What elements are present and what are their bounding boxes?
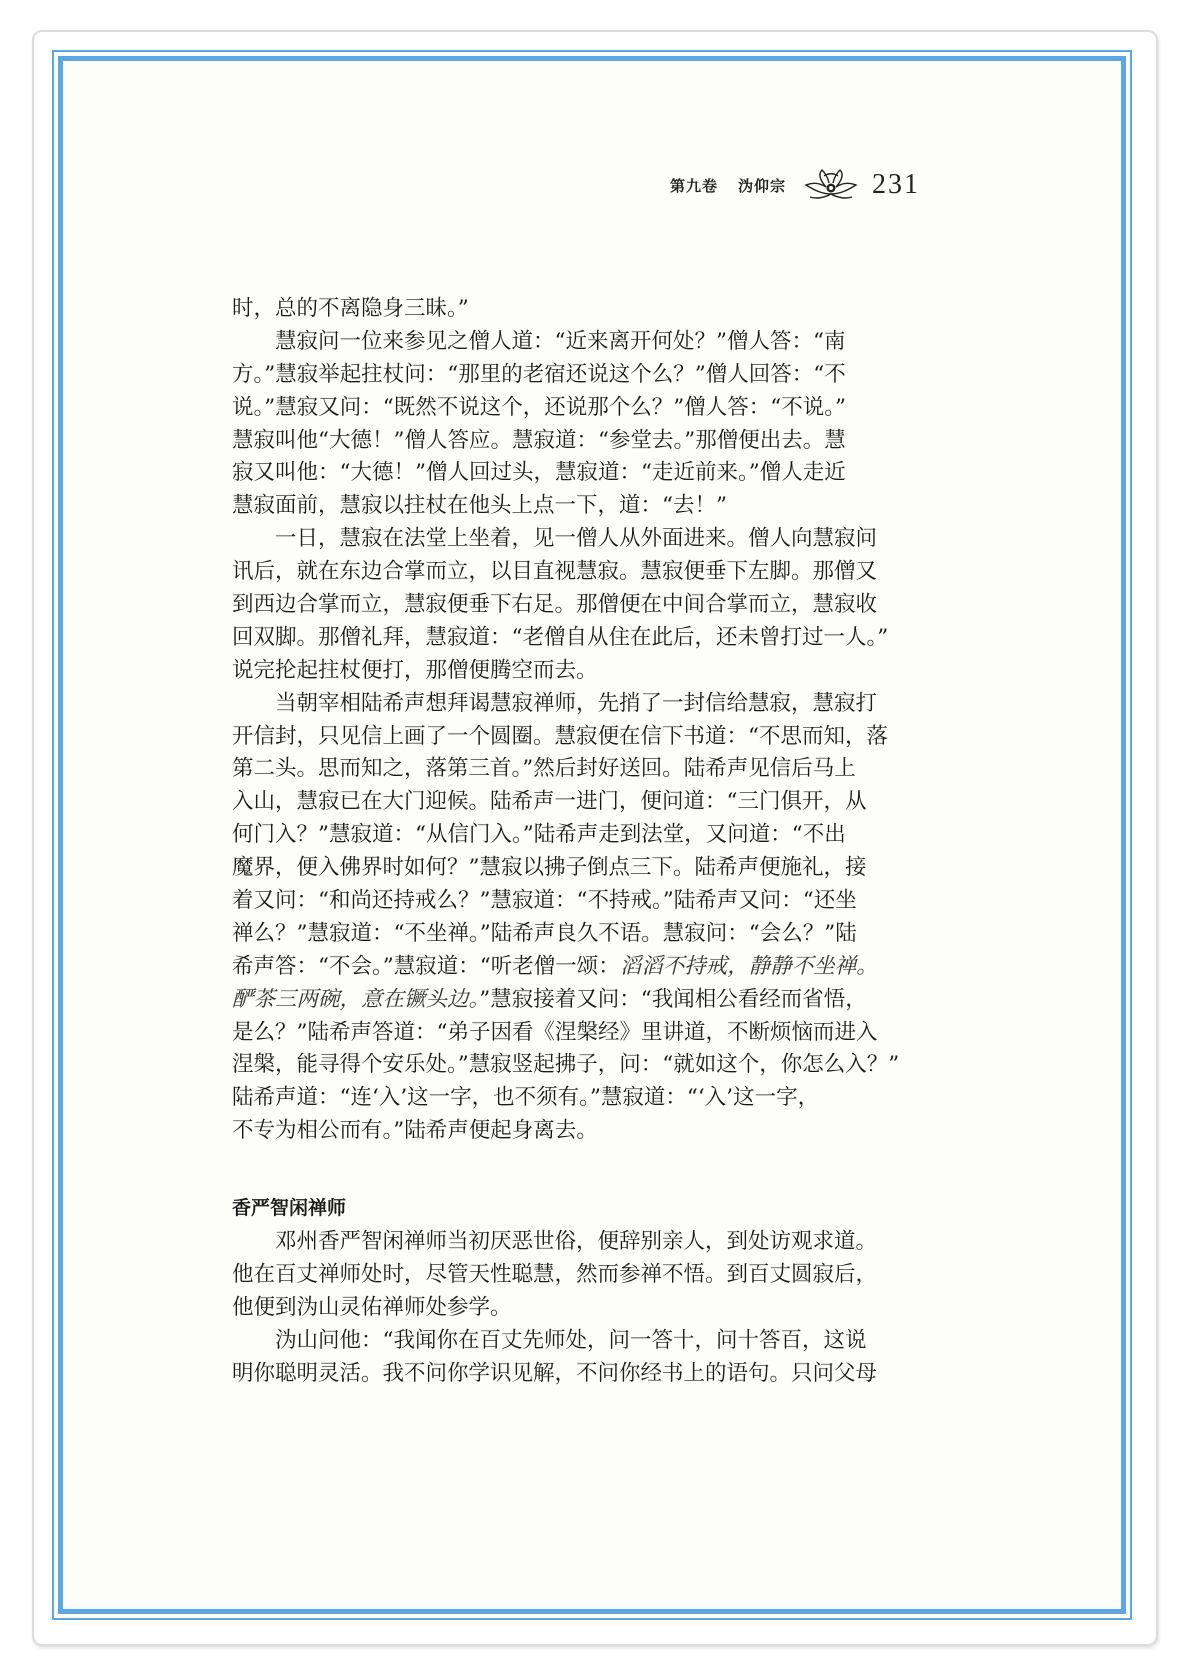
page-number: 231 bbox=[872, 169, 920, 201]
text-line: 魔界，便入佛界时如何？”慧寂以拂子倒点三下。陆希声便施礼，接 bbox=[232, 852, 892, 885]
volume-label: 第九卷 bbox=[670, 175, 718, 196]
text-line: 他在百丈禅师处时，尽管天性聪慧，然而参禅不悟。到百丈圆寂后， bbox=[232, 1259, 892, 1292]
text-line: 第二头。思而知之，落第三首。”然后封好送回。陆希声见信后马上 bbox=[232, 753, 892, 786]
text-line: 方。”慧寂举起拄杖问：“那里的老宿还说这个么？”僧人回答：“不 bbox=[232, 359, 892, 392]
text-line: 涅槃，能寻得个安乐处。”慧寂竖起拂子，问：“就如这个，你怎么入？” bbox=[232, 1049, 892, 1082]
text-line: 一日，慧寂在法堂上坐着，见一僧人从外面进来。僧人向慧寂问 bbox=[232, 523, 892, 556]
text-line: 说完抡起拄杖便打，那僧便腾空而去。 bbox=[232, 655, 892, 688]
text-line: 邓州香严智闲禅师当初厌恶世俗，便辞别亲人，到处访观求道。 bbox=[232, 1226, 892, 1259]
text-run: 希声答：“不会。”慧寂道：“听老僧一颂： bbox=[232, 954, 620, 979]
book-page: 第九卷 沩仰宗 231 时，总的不离隐身三昧。” 慧寂问一位来参见之僧人道：“近… bbox=[0, 0, 1188, 1674]
text-line: 当朝宰相陆希声想拜谒慧寂禅师，先捎了一封信给慧寂，慧寂打 bbox=[232, 688, 892, 721]
text-line: 酽茶三两碗，意在镢头边。”慧寂接着又问：“我闻相公看经而省悟， bbox=[232, 984, 892, 1017]
body-text: 时，总的不离隐身三昧。” 慧寂问一位来参见之僧人道：“近来离开何处？”僧人答：“… bbox=[232, 293, 892, 1391]
text-line: 入山，慧寂已在大门迎候。陆希声一进门，便问道：“三门俱开，从 bbox=[232, 786, 892, 819]
text-line: 慧寂面前，慧寂以拄杖在他头上点一下，道：“去！” bbox=[232, 490, 892, 523]
text-line: 明你聪明灵活。我不问你学识见解，不问你经书上的语句。只问父母 bbox=[232, 1358, 892, 1391]
section-gap bbox=[232, 1148, 892, 1190]
text-line: 着又问：“和尚还持戒么？”慧寂道：“不持戒。”陆希声又问：“还坐 bbox=[232, 885, 892, 918]
running-header: 第九卷 沩仰宗 231 bbox=[670, 168, 920, 202]
text-line: 时，总的不离隐身三昧。” bbox=[232, 293, 892, 326]
section-heading: 香严智闲禅师 bbox=[232, 1190, 892, 1226]
text-line: 寂又叫他：“大德！”僧人回过头，慧寂道：“走近前来。”僧人走近 bbox=[232, 457, 892, 490]
text-line: 他便到沩山灵佑禅师处参学。 bbox=[232, 1292, 892, 1325]
text-line: 回双脚。那僧礼拜，慧寂道：“老僧自从住在此后，还未曾打过一人。” bbox=[232, 622, 892, 655]
text-line: 慧寂叫他“大德！”僧人答应。慧寂道：“参堂去。”那僧便出去。慧 bbox=[232, 425, 892, 458]
text-line: 陆希声道：“连‘入’这一字，也不须有。”慧寂道：“‘入’这一字， bbox=[232, 1082, 892, 1115]
verse-text: 酽茶三两碗，意在镢头边。 bbox=[232, 987, 479, 1012]
verse-text: 滔滔不持戒，静静不坐禅。 bbox=[620, 954, 878, 979]
lotus-icon bbox=[802, 168, 860, 202]
text-line: 何门入？”慧寂道：“从信门入。”陆希声走到法堂，又问道：“不出 bbox=[232, 819, 892, 852]
section-label: 沩仰宗 bbox=[738, 175, 786, 196]
text-line: 讯后，就在东边合掌而立，以目直视慧寂。慧寂便垂下左脚。那僧又 bbox=[232, 556, 892, 589]
text-line: 禅么？”慧寂道：“不坐禅。”陆希声良久不语。慧寂问：“会么？”陆 bbox=[232, 918, 892, 951]
text-line: 说。”慧寂又问：“既然不说这个，还说那个么？”僧人答：“不说。” bbox=[232, 392, 892, 425]
text-run: ”慧寂接着又问：“我闻相公看经而省悟， bbox=[479, 987, 867, 1012]
text-line: 慧寂问一位来参见之僧人道：“近来离开何处？”僧人答：“南 bbox=[232, 326, 892, 359]
text-line: 是么？”陆希声答道：“弟子因看《涅槃经》里讲道，不断烦恼而进入 bbox=[232, 1017, 892, 1050]
text-line: 不专为相公而有。”陆希声便起身离去。 bbox=[232, 1115, 892, 1148]
text-line: 沩山问他：“我闻你在百丈先师处，问一答十，问十答百，这说 bbox=[232, 1325, 892, 1358]
text-line: 到西边合掌而立，慧寂便垂下右足。那僧便在中间合掌而立，慧寂收 bbox=[232, 589, 892, 622]
text-line: 希声答：“不会。”慧寂道：“听老僧一颂：滔滔不持戒，静静不坐禅。 bbox=[232, 951, 892, 984]
text-line: 开信封，只见信上画了一个圆圈。慧寂便在信下书道：“不思而知，落 bbox=[232, 721, 892, 754]
